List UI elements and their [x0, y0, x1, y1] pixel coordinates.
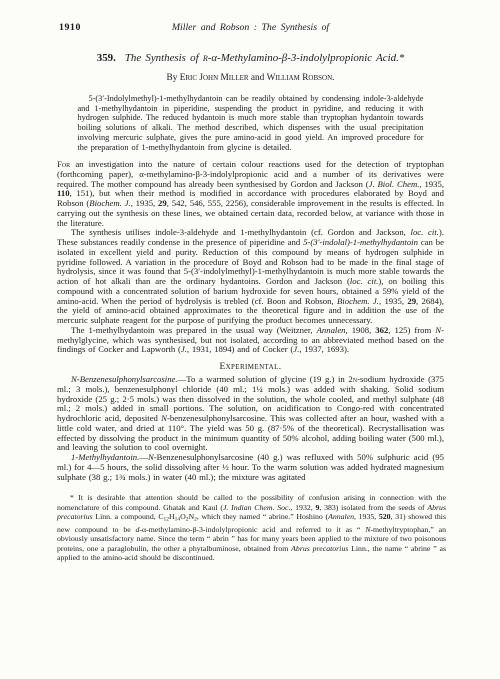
- article-number: 359.: [97, 52, 116, 64]
- body-paragraph-2: The synthesis utilises indole-3-aldehyde…: [57, 228, 444, 326]
- footnote: * It is desirable that attention should …: [57, 493, 446, 562]
- article-title-line: 359.The Synthesis of r-α-Methylamino-β-3…: [57, 52, 444, 64]
- experimental-paragraph-1: N-Benzenesulphonylsarcosine.—To a warmed…: [57, 375, 444, 453]
- page-header: 1910 Miller and Robson : The Synthesis o…: [57, 22, 444, 36]
- body-paragraph-3: The 1-methylhydantoin was prepared in th…: [57, 326, 444, 355]
- abstract: 5-(3′-Indolylmethyl)-1-methylhydantoin c…: [78, 94, 424, 152]
- page-number: 1910: [59, 22, 81, 33]
- page-content: 1910 Miller and Robson : The Synthesis o…: [57, 22, 444, 562]
- article-title: The Synthesis of r-α-Methylamino-β-3-ind…: [125, 52, 404, 64]
- byline: By Eric John Miller and William Robson.: [57, 73, 444, 83]
- running-title: Miller and Robson : The Synthesis of: [57, 22, 444, 33]
- experimental-paragraph-2: 1-Methylhydantoin.—N-Benzenesulphonylsar…: [57, 453, 444, 482]
- experimental-heading: Experimental.: [57, 362, 444, 372]
- body-paragraph-1: For an investigation into the nature of …: [57, 160, 444, 228]
- journal-page-scan: 1910 Miller and Robson : The Synthesis o…: [0, 0, 500, 679]
